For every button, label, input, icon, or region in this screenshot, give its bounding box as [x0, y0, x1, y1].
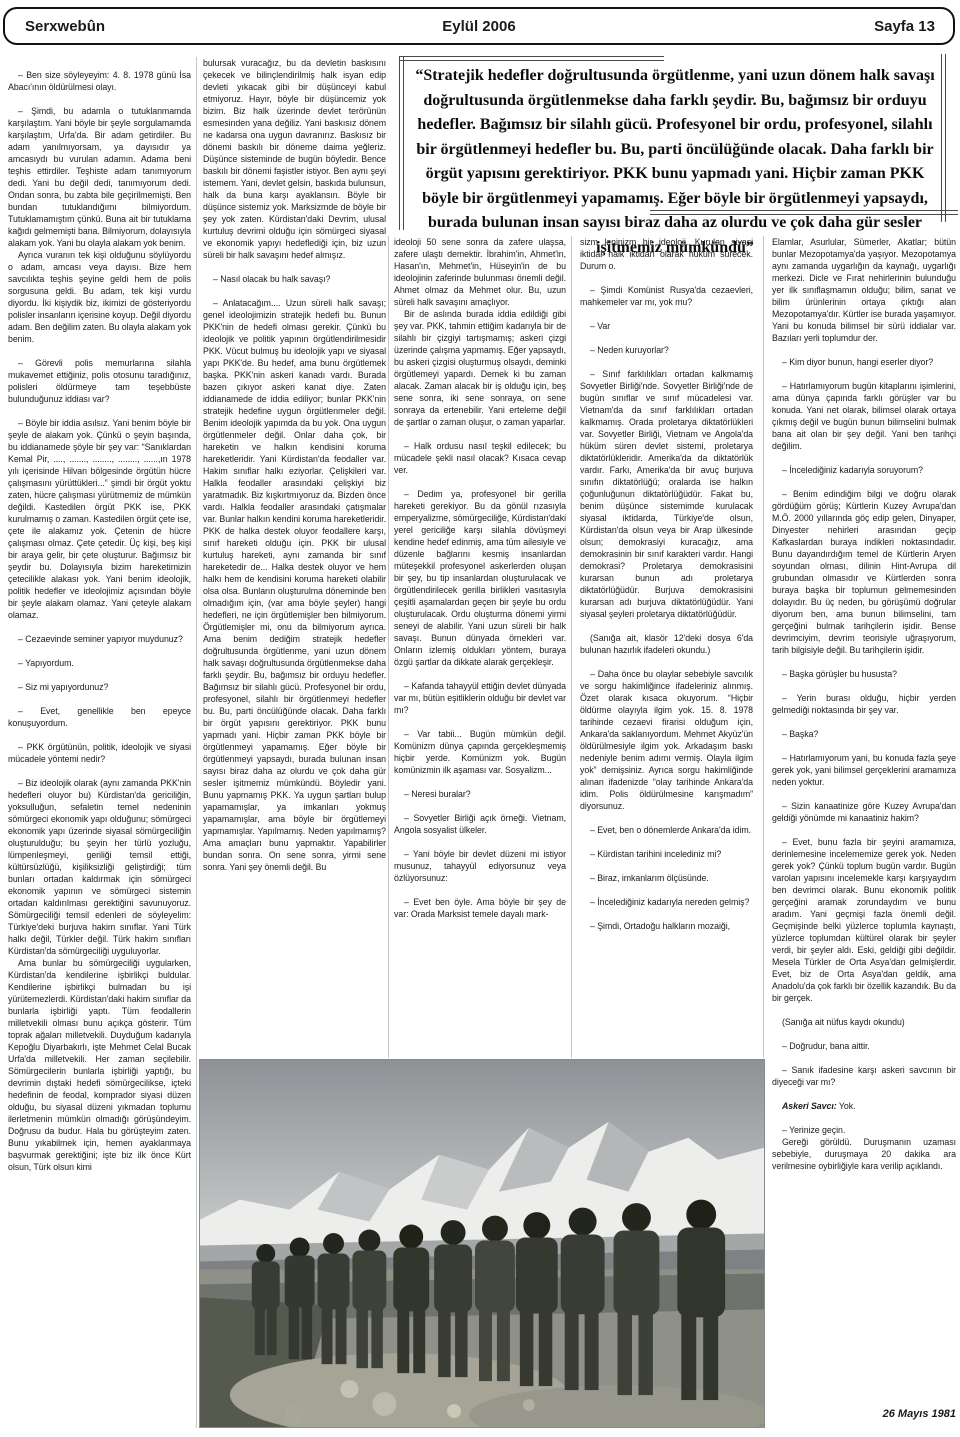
text-column-4: sizm leninizm bir ideoloji. Kurulan siya…: [580, 236, 753, 1058]
rock: [447, 1404, 461, 1418]
column-rule: [763, 236, 764, 1058]
paragraph: – Başka?: [772, 728, 956, 740]
paragraph: bulursak vuracağız, bu da devletin baskı…: [203, 57, 386, 261]
paragraph: – Var tabii... Bugün mümkün değil. Komün…: [394, 728, 566, 776]
paragraph: – Yapıyordum.: [8, 657, 191, 669]
paragraph: – Sizin kanaatinize göre Kuzey Avrupa'da…: [772, 800, 956, 824]
paragraph: – Var: [580, 320, 753, 332]
column-rule: [388, 236, 389, 1058]
text-column-5: Elamlar, Asurlular, Sümerler, Akatlar; b…: [772, 236, 956, 1404]
paragraph: – Ben size söyleyeyim: 4. 8. 1978 günü İ…: [8, 69, 191, 93]
page-header: Serxwebûn Eylül 2006 Sayfa 13: [3, 7, 955, 45]
paragraph: Elamlar, Asurlular, Sümerler, Akatlar; b…: [772, 236, 956, 344]
paragraph: – Yerinize geçin.: [772, 1124, 956, 1136]
paragraph: – Sovyetler Birliği açık örneği. Vietnam…: [394, 812, 566, 836]
paragraph: – Kürdistan tarihini incelediniz mi?: [580, 848, 753, 860]
photo: [199, 1059, 765, 1428]
paragraph: Ama bunlar bu sömürgeciliği uygularken, …: [8, 957, 191, 1173]
paragraph: – Sanık ifadesine karşı askeri savcının …: [772, 1064, 956, 1088]
paragraph: – Şimdi Komünist Rusya'da cezaevleri, ma…: [580, 284, 753, 308]
paragraph: ideoloji 50 sene sonra da zafere ulaşsa,…: [394, 236, 566, 308]
paragraph: – Kim diyor bunun, hangi eserler diyor?: [772, 356, 956, 368]
paragraph: – PKK örgütünün, politik, ideolojik ve s…: [8, 741, 191, 765]
paragraph: Gereği görüldü. Duruşmanın uzaması sebeb…: [772, 1136, 956, 1172]
paragraph: Ayrıca vuranın tek kişi olduğunu söylüyo…: [8, 249, 191, 345]
paragraph: – İncelediğiniz kadarıyla nereden gelmiş…: [580, 896, 753, 908]
military-prosecutor-line: Askeri Savcı: Yok.: [772, 1100, 956, 1112]
rock: [285, 1405, 305, 1425]
dateline: 26 Mayıs 1981: [772, 1408, 956, 1420]
text-column-3: ideoloji 50 sene sonra da zafere ulaşsa,…: [394, 236, 566, 1058]
paragraph: – Böyle bir iddia asılsız. Yani benim bö…: [8, 417, 191, 621]
paragraph: – Hatırlamıyorum yani, bu konuda fazla ş…: [772, 752, 956, 788]
paragraph: – Dedim ya, profesyonel bir gerilla hare…: [394, 488, 566, 668]
paragraph: – Kafanda tahayyül ettiğin devlet dünyad…: [394, 680, 566, 716]
paragraph: – Cezaevinde seminer yapıyor muydunuz?: [8, 633, 191, 645]
paragraph: – Başka görüşler bu hususta?: [772, 668, 956, 680]
paragraph: – Benim edindiğim bilgi ve doğru olarak …: [772, 488, 956, 656]
speaker-answer: Yok.: [839, 1101, 856, 1111]
column-rule: [196, 57, 197, 1428]
court-note: (Sanığa ait, klasör 12'deki dosya 6'da b…: [580, 632, 753, 656]
paragraph: – Evet, genellikle ben epeyce konuşuyord…: [8, 705, 191, 729]
newspaper-page: { "header": { "masthead": "Serxwebûn", "…: [0, 0, 960, 1437]
paragraph: – Halk ordusu nasıl teşkil edilecek; bu …: [394, 440, 566, 476]
paragraph: – Yerin burası olduğu, hiçbir yerden gel…: [772, 692, 956, 716]
paragraph: – Hatırlamıyorum bugün kitaplarını işiml…: [772, 380, 956, 452]
paragraph: – Neden kuruyorlar?: [580, 344, 753, 356]
paragraph: – Siz mi yapıyordunuz?: [8, 681, 191, 693]
paragraph: – Neresi buralar?: [394, 788, 566, 800]
paragraph: – İncelediğiniz kadarıyla soruyorum?: [772, 464, 956, 476]
paragraph: sizm leninizm bir ideoloji. Kurulan siya…: [580, 236, 753, 272]
paragraph: – Şimdi, bu adamla o tutuklanmamda karşı…: [8, 105, 191, 249]
paragraph: – Yani böyle bir devlet düzeni mi istiyo…: [394, 848, 566, 884]
paragraph: – Anlatacağım.... Uzun süreli halk savaş…: [203, 297, 386, 873]
paragraph: – Nasıl olacak bu halk savaşı?: [203, 273, 386, 285]
paragraph: – Evet, ben o dönemlerde Ankara'da idim.: [580, 824, 753, 836]
paragraph: – Evet ben öyle. Ama böyle bir şey de va…: [394, 896, 566, 920]
quote-rule-top: [399, 56, 664, 61]
paragraph: – Daha önce bu olaylar sebebiyle savcılı…: [580, 668, 753, 812]
pull-quote: “Stratejik hedefler doğrultusunda örgütl…: [414, 64, 936, 260]
paragraph: – Doğrudur, bana aittir.: [772, 1040, 956, 1052]
quote-rule-left: [399, 56, 404, 230]
court-note: (Sanığa ait nüfus kaydı okundu): [772, 1016, 956, 1028]
speaker-label: Askeri Savcı:: [782, 1101, 837, 1111]
paragraph: Bir de aslında burada iddia edildiği gib…: [394, 308, 566, 428]
rock: [341, 1380, 359, 1398]
quote-rule-right: [941, 54, 946, 222]
paragraph: – Şimdi, Ortadoğu halkların mozaiği,: [580, 920, 753, 932]
column-rule: [571, 236, 572, 1058]
text-column-1: – Ben size söyleyeyim: 4. 8. 1978 günü İ…: [8, 57, 191, 1433]
page-number: Sayfa 13: [874, 18, 935, 35]
paragraph: – Görevli polis memurlarına silahla muka…: [8, 357, 191, 405]
guerrilla-lineup-photo-illustration: [200, 1060, 764, 1427]
issue-date: Eylül 2006: [5, 18, 953, 35]
paragraph: – Biz ideolojik olarak (aynı zamanda PKK…: [8, 777, 191, 957]
rock: [372, 1392, 396, 1416]
rock: [523, 1399, 535, 1411]
paragraph: – Evet, bunu fazla bir şeyini aramamıza,…: [772, 836, 956, 1004]
paragraph: – Sınıf farklılıkları ortadan kalkmamış …: [580, 368, 753, 620]
paragraph: – Biraz, imkanlarım ölçüsünde.: [580, 872, 753, 884]
text-column-2: bulursak vuracağız, bu da devletin baskı…: [203, 57, 386, 1059]
